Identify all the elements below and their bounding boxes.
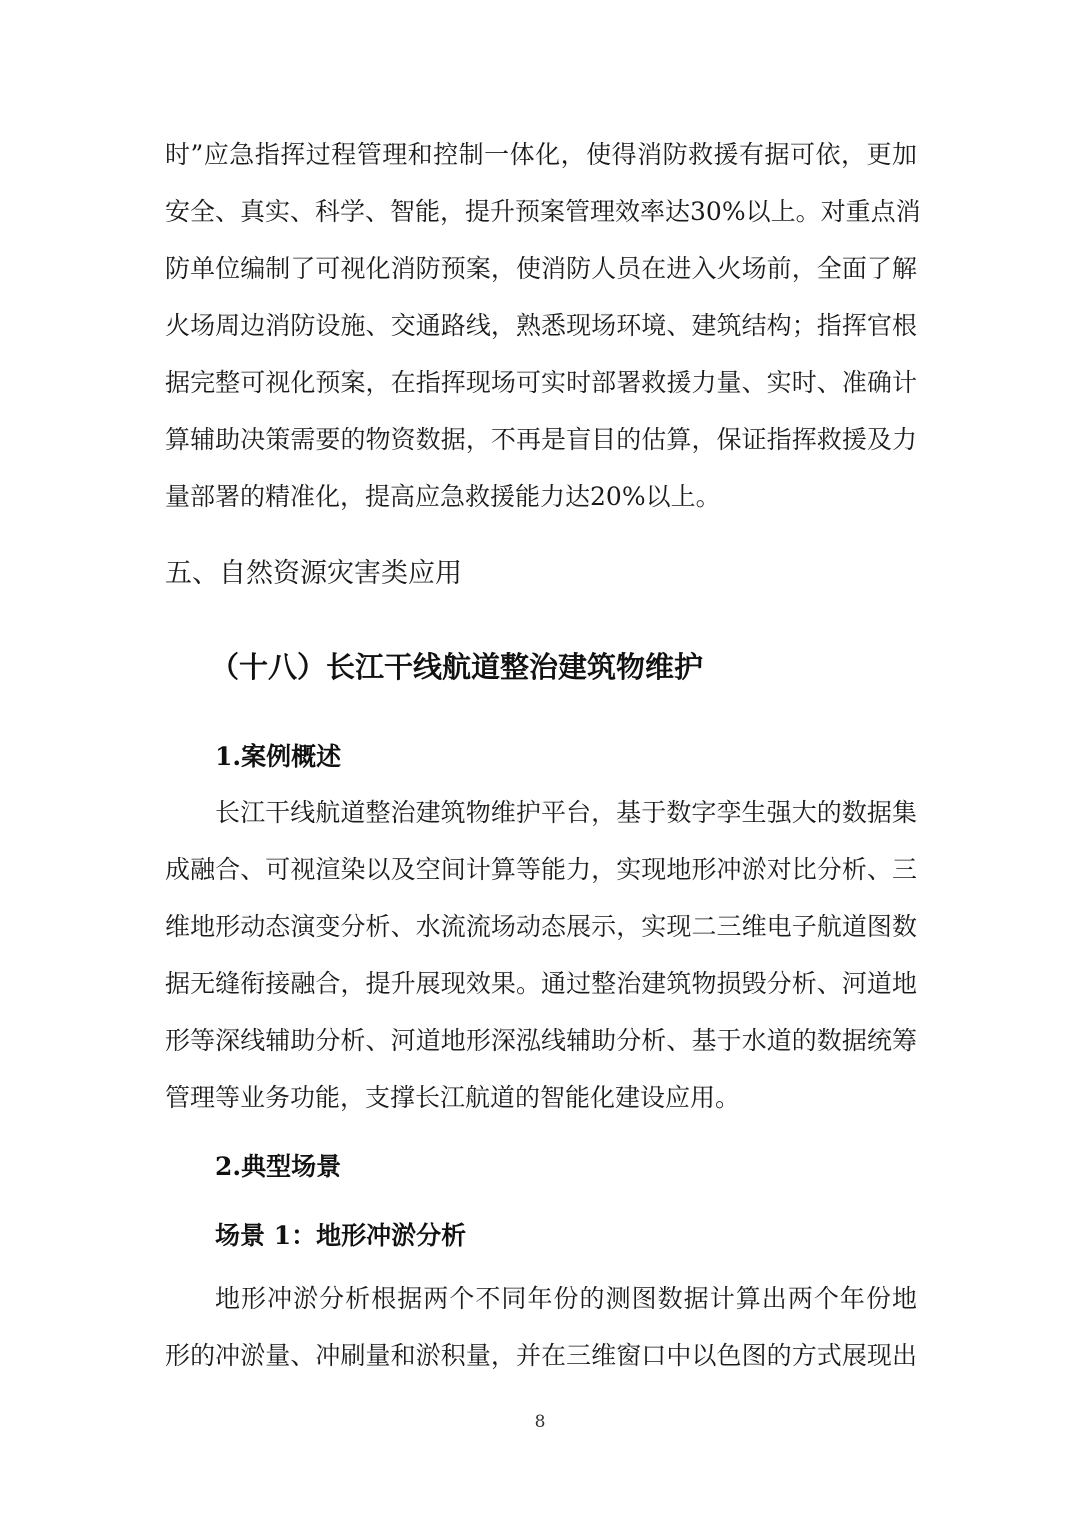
page-number: 8 — [0, 1412, 1080, 1432]
paragraph-line: 算辅助决策需要的物资数据，不再是盲目的估算，保证指挥救援及力 — [165, 424, 917, 456]
document-page: 时”应急指挥过程管理和控制一体化，使得消防救援有据可依，更加 安全、真实、科学、… — [0, 0, 1080, 1527]
paragraph-line: 据完整可视化预案，在指挥现场可实时部署救援力量、实时、准确计 — [165, 367, 917, 399]
scenario-1-heading: 场景 1：地形冲淤分析 — [215, 1220, 466, 1252]
paragraph-line: 量部署的精准化，提高应急救援能力达20%以上。 — [165, 481, 917, 513]
paragraph-line: 形等深线辅助分析、河道地形深泓线辅助分析、基于水道的数据统筹 — [165, 1025, 917, 1057]
paragraph-line: 形的冲淤量、冲刷量和淤积量，并在三维窗口中以色图的方式展现出 — [165, 1340, 917, 1372]
paragraph-line: 安全、真实、科学、智能，提升预案管理效率达30%以上。对重点消 — [165, 196, 917, 228]
case-heading: （十八）长江干线航道整治建筑物维护 — [210, 649, 703, 685]
paragraph-line: 火场周边消防设施、交通路线，熟悉现场环境、建筑结构；指挥官根 — [165, 310, 917, 342]
paragraph-line: 成融合、可视渲染以及空间计算等能力，实现地形冲淤对比分析、三 — [165, 854, 917, 886]
paragraph-line: 管理等业务功能，支撑长江航道的智能化建设应用。 — [165, 1082, 917, 1114]
paragraph-line: 防单位编制了可视化消防预案，使消防人员在进入火场前，全面了解 — [165, 253, 917, 285]
paragraph-line: 据无缝衔接融合，提升展现效果。通过整治建筑物损毁分析、河道地 — [165, 968, 917, 1000]
paragraph-line: 长江干线航道整治建筑物维护平台，基于数字孪生强大的数据集 — [215, 797, 917, 829]
section-heading: 五、自然资源灾害类应用 — [165, 557, 462, 591]
overview-heading: 1.案例概述 — [215, 741, 341, 773]
paragraph-line: 维地形动态演变分析、水流流场动态展示，实现二三维电子航道图数 — [165, 911, 917, 943]
scenarios-heading: 2.典型场景 — [215, 1151, 341, 1183]
paragraph-line: 时”应急指挥过程管理和控制一体化，使得消防救援有据可依，更加 — [165, 139, 917, 171]
paragraph-line: 地形冲淤分析根据两个不同年份的测图数据计算出两个年份地 — [215, 1283, 917, 1315]
